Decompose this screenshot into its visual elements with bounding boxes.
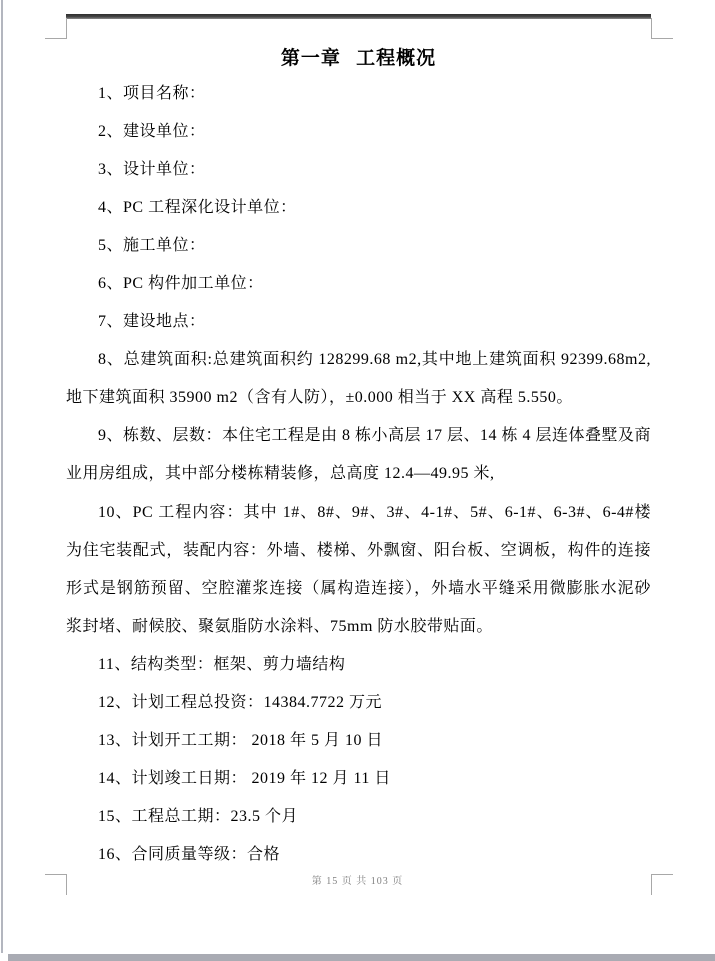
paragraph-item-12: 12、计划工程总投资：14384.7722 万元 bbox=[66, 684, 651, 722]
margin-mark-top-left bbox=[45, 18, 67, 39]
paragraph-item-2: 2、建设单位： bbox=[66, 113, 651, 151]
page-top-edge-bar bbox=[66, 14, 651, 19]
paragraph-item-7: 7、建设地点： bbox=[66, 303, 651, 341]
paragraph-item-10: 10、PC 工程内容：其中 1#、8#、9#、3#、4-1#、5#、6-1#、6… bbox=[66, 494, 651, 646]
window-left-border bbox=[1, 0, 3, 953]
paragraph-item-13: 13、计划开工工期： 2018 年 5 月 10 日 bbox=[66, 722, 651, 760]
paragraph-item-1: 1、项目名称： bbox=[66, 75, 651, 113]
paragraph-item-3: 3、设计单位： bbox=[66, 151, 651, 189]
horizontal-scrollbar[interactable] bbox=[8, 954, 715, 961]
document-page: 第一章 工程概况 1、项目名称： 2、建设单位： 3、设计单位： 4、PC 工程… bbox=[0, 0, 715, 961]
page-number-text: 第 15 页 共 103 页 bbox=[312, 876, 404, 887]
paragraph-item-14: 14、计划竣工日期： 2019 年 12 月 11 日 bbox=[66, 760, 651, 798]
paragraph-item-6: 6、PC 构件加工单位： bbox=[66, 265, 651, 303]
paragraph-item-5: 5、施工单位： bbox=[66, 227, 651, 265]
paragraph-item-4: 4、PC 工程深化设计单位： bbox=[66, 189, 651, 227]
chapter-title: 第一章 工程概况 bbox=[66, 37, 651, 75]
margin-mark-top-right bbox=[651, 18, 673, 39]
paragraph-list: 1、项目名称： 2、建设单位： 3、设计单位： 4、PC 工程深化设计单位： 5… bbox=[66, 75, 651, 874]
paragraph-item-9: 9、栋数、层数：本住宅工程是由 8 栋小高层 17 层、14 栋 4 层连体叠墅… bbox=[66, 417, 651, 493]
paragraph-item-15: 15、工程总工期：23.5 个月 bbox=[66, 798, 651, 836]
paragraph-item-8: 8、总建筑面积:总建筑面积约 128299.68 m2,其中地上建筑面积 923… bbox=[66, 341, 651, 417]
page-footer: 第 15 页 共 103 页 bbox=[0, 872, 715, 887]
document-body: 第一章 工程概况 1、项目名称： 2、建设单位： 3、设计单位： 4、PC 工程… bbox=[66, 37, 651, 874]
paragraph-item-11: 11、结构类型：框架、剪力墙结构 bbox=[66, 646, 651, 684]
paragraph-item-16: 16、合同质量等级：合格 bbox=[66, 836, 651, 874]
